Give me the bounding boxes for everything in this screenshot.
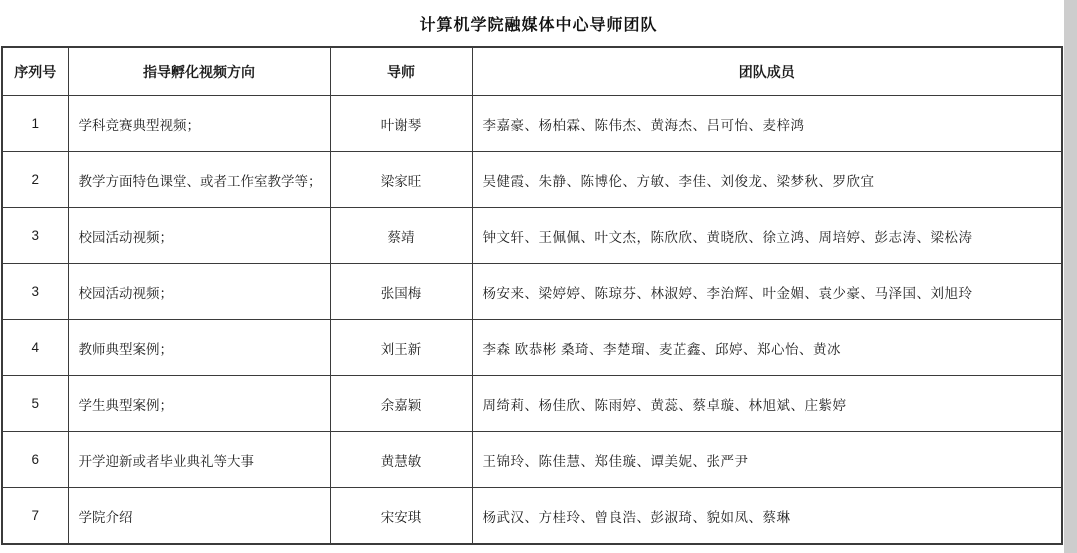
- serial-cell: 4: [2, 320, 68, 376]
- mentor-cell: 黄慧敏: [330, 432, 472, 488]
- header-row: 序列号 指导孵化视频方向 导师 团队成员: [2, 47, 1062, 96]
- serial-cell: 6: [2, 432, 68, 488]
- members-cell: 钟文轩、王佩佩、叶文杰，陈欣欣、黄晓欣、徐立鸿、周培婷、彭志涛、梁松涛: [472, 208, 1062, 264]
- serial-cell: 5: [2, 376, 68, 432]
- mentor-cell: 宋安琪: [330, 488, 472, 545]
- direction-cell: 教学方面特色课堂、或者工作室教学等；: [68, 152, 330, 208]
- mentor-cell: 余嘉颖: [330, 376, 472, 432]
- table-row: 3 校园活动视频； 张国梅 杨安来、梁婷婷、陈琼芬、林淑婷、李治辉、叶金媚、袁少…: [2, 264, 1062, 320]
- col-header-mentor: 导师: [330, 47, 472, 96]
- table-row: 7 学院介绍 宋安琪 杨武汉、方桂玲、曾良浩、彭淑琦、貌如凤、蔡琳: [2, 488, 1062, 545]
- table-row: 1 学科竞赛典型视频； 叶谢琴 李嘉豪、杨柏霖、陈伟杰、黄海杰、吕可怡、麦梓鸿: [2, 96, 1062, 152]
- right-edge-strip: [1064, 0, 1077, 553]
- page-title: 计算机学院融媒体中心导师团队: [0, 0, 1077, 46]
- members-cell: 王锦玲、陈佳慧、郑佳璇、谭美妮、张严尹: [472, 432, 1062, 488]
- direction-cell: 校园活动视频；: [68, 208, 330, 264]
- serial-cell: 2: [2, 152, 68, 208]
- col-header-direction: 指导孵化视频方向: [68, 47, 330, 96]
- direction-cell: 开学迎新或者毕业典礼等大事: [68, 432, 330, 488]
- direction-cell: 教师典型案例；: [68, 320, 330, 376]
- table-row: 5 学生典型案例； 余嘉颖 周绮莉、杨佳欣、陈雨婷、黄蕊、蔡卓璇、林旭斌、庄紫婷: [2, 376, 1062, 432]
- table-row: 4 教师典型案例； 刘王新 李森 欧恭彬 桑琦、李楚瑠、麦芷鑫、邱婷、郑心怡、黄…: [2, 320, 1062, 376]
- direction-cell: 学科竞赛典型视频；: [68, 96, 330, 152]
- mentor-cell: 张国梅: [330, 264, 472, 320]
- document-page: 计算机学院融媒体中心导师团队 序列号 指导孵化视频方向 导师 团队成员 1 学科…: [0, 0, 1077, 553]
- col-header-members: 团队成员: [472, 47, 1062, 96]
- members-cell: 周绮莉、杨佳欣、陈雨婷、黄蕊、蔡卓璇、林旭斌、庄紫婷: [472, 376, 1062, 432]
- direction-cell: 校园活动视频；: [68, 264, 330, 320]
- table-row: 2 教学方面特色课堂、或者工作室教学等； 梁家旺 吴健霞、朱静、陈博伦、方敏、李…: [2, 152, 1062, 208]
- mentor-cell: 梁家旺: [330, 152, 472, 208]
- serial-cell: 3: [2, 208, 68, 264]
- direction-cell: 学生典型案例；: [68, 376, 330, 432]
- members-cell: 杨安来、梁婷婷、陈琼芬、林淑婷、李治辉、叶金媚、袁少豪、马泽国、刘旭玲: [472, 264, 1062, 320]
- mentor-cell: 刘王新: [330, 320, 472, 376]
- table-row: 6 开学迎新或者毕业典礼等大事 黄慧敏 王锦玲、陈佳慧、郑佳璇、谭美妮、张严尹: [2, 432, 1062, 488]
- serial-cell: 3: [2, 264, 68, 320]
- mentor-team-table: 序列号 指导孵化视频方向 导师 团队成员 1 学科竞赛典型视频； 叶谢琴 李嘉豪…: [1, 46, 1063, 545]
- mentor-cell: 蔡靖: [330, 208, 472, 264]
- col-header-serial: 序列号: [2, 47, 68, 96]
- direction-cell: 学院介绍: [68, 488, 330, 545]
- members-cell: 李森 欧恭彬 桑琦、李楚瑠、麦芷鑫、邱婷、郑心怡、黄冰: [472, 320, 1062, 376]
- members-cell: 李嘉豪、杨柏霖、陈伟杰、黄海杰、吕可怡、麦梓鸿: [472, 96, 1062, 152]
- table-row: 3 校园活动视频； 蔡靖 钟文轩、王佩佩、叶文杰，陈欣欣、黄晓欣、徐立鸿、周培婷…: [2, 208, 1062, 264]
- members-cell: 吴健霞、朱静、陈博伦、方敏、李佳、刘俊龙、梁梦秋、罗欣宜: [472, 152, 1062, 208]
- mentor-cell: 叶谢琴: [330, 96, 472, 152]
- members-cell: 杨武汉、方桂玲、曾良浩、彭淑琦、貌如凤、蔡琳: [472, 488, 1062, 545]
- serial-cell: 1: [2, 96, 68, 152]
- serial-cell: 7: [2, 488, 68, 545]
